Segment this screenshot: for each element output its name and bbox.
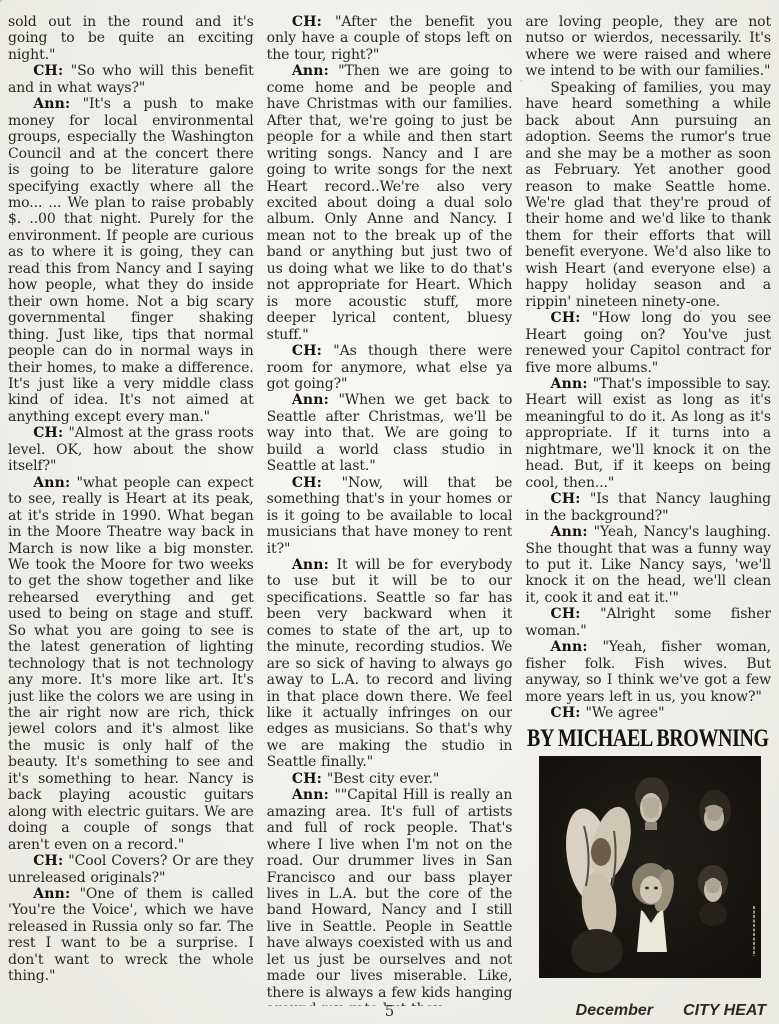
speaker-label: Ann: bbox=[33, 96, 70, 112]
band-photo bbox=[539, 756, 761, 978]
article-paragraph: CH: "Is that Nancy laughing in the backg… bbox=[525, 491, 771, 524]
page-number: 5 bbox=[385, 1002, 395, 1020]
speaker-label: CH: bbox=[551, 310, 581, 326]
paragraph-text: "That's impossible to say. Heart will ex… bbox=[525, 376, 771, 491]
paragraph-text: "what people can expect to see, really i… bbox=[8, 475, 254, 853]
speaker-label: CH: bbox=[551, 606, 581, 622]
article-paragraph: are loving people, they are not nutso or… bbox=[525, 14, 771, 80]
paragraph-text: Speaking of families, you may have heard… bbox=[525, 80, 771, 310]
footer: December CITY HEAT bbox=[576, 1002, 766, 1020]
footer-magazine-title: CITY HEAT bbox=[683, 1002, 766, 1020]
column-1: sold out in the round and it's going to … bbox=[8, 14, 254, 1006]
paragraph-text: It will be for everybody to use but it w… bbox=[267, 557, 513, 770]
article-paragraph: CH: "Almost at the grass roots level. OK… bbox=[8, 425, 254, 474]
speaker-label: Ann: bbox=[292, 63, 329, 79]
article-paragraph: Ann: ""Capital Hill is really an amazing… bbox=[267, 787, 513, 1006]
article-paragraph: CH: "Now, will that be something that's … bbox=[267, 475, 513, 557]
speaker-label: CH: bbox=[292, 475, 322, 491]
article-paragraph: Ann: "what people can expect to see, rea… bbox=[8, 475, 254, 853]
article-paragraph: CH: "How long do you see Heart going on?… bbox=[525, 310, 771, 376]
paragraph-text: sold out in the round and it's going to … bbox=[8, 14, 254, 63]
article-paragraph: sold out in the round and it's going to … bbox=[8, 14, 254, 63]
paragraph-text: "Then we are going to come home and be p… bbox=[267, 63, 513, 342]
speaker-label: CH: bbox=[551, 705, 581, 721]
paragraph-text: ""Capital Hill is really an amazing area… bbox=[267, 787, 513, 1006]
paragraph-text: "Best city ever." bbox=[322, 771, 439, 787]
author-byline: BY MICHAEL BROWNING bbox=[527, 731, 722, 747]
article-paragraph: Ann: "Yeah, Nancy's laughing. She though… bbox=[525, 524, 771, 606]
article-paragraph: Ann: "One of them is called 'You're the … bbox=[8, 886, 254, 985]
speaker-label: Ann: bbox=[33, 475, 70, 491]
article-paragraph: CH: "We agree" bbox=[525, 705, 771, 721]
speaker-label: CH: bbox=[33, 425, 63, 441]
speaker-label: CH: bbox=[292, 343, 322, 359]
column-3: are loving people, they are not nutso or… bbox=[525, 14, 771, 1006]
speaker-label: Ann: bbox=[551, 376, 588, 392]
article-paragraph: Ann: "Then we are going to come home and… bbox=[267, 63, 513, 343]
article-paragraph: Speaking of families, you may have heard… bbox=[525, 80, 771, 310]
footer-month: December bbox=[576, 1002, 653, 1020]
article-paragraph: Ann: It will be for everybody to use but… bbox=[267, 557, 513, 771]
speaker-label: Ann: bbox=[33, 886, 70, 902]
speaker-label: CH: bbox=[551, 491, 581, 507]
article-paragraph: Ann: "It's a push to make money for loca… bbox=[8, 96, 254, 425]
article-paragraph: CH: "So who will this benefit and in wha… bbox=[8, 63, 254, 96]
speaker-label: Ann: bbox=[292, 392, 329, 408]
article-paragraph: Ann: "Yeah, fisher woman, fisher folk. F… bbox=[525, 639, 771, 705]
column-3-paragraphs: are loving people, they are not nutso or… bbox=[525, 14, 771, 721]
paragraph-text: "We agree" bbox=[581, 705, 665, 721]
speaker-label: Ann: bbox=[292, 787, 329, 803]
speaker-label: CH: bbox=[33, 63, 63, 79]
column-2: CH: "After the benefit you only have a c… bbox=[267, 14, 513, 1006]
paragraph-text: are loving people, they are not nutso or… bbox=[525, 14, 771, 79]
speaker-label: Ann: bbox=[292, 557, 329, 573]
article-paragraph: CH: "Best city ever." bbox=[267, 771, 513, 787]
speaker-label: CH: bbox=[292, 14, 322, 30]
magazine-page-scan: sold out in the round and it's going to … bbox=[0, 0, 779, 1024]
speaker-label: Ann: bbox=[551, 524, 588, 540]
article-paragraph: Ann: "That's impossible to say. Heart wi… bbox=[525, 376, 771, 491]
speaker-label: CH: bbox=[33, 853, 63, 869]
article-paragraph: CH: "As though there were room for anymo… bbox=[267, 343, 513, 392]
speaker-label: CH: bbox=[292, 771, 322, 787]
article-paragraph: CH: "Cool Covers? Or are they unreleased… bbox=[8, 853, 254, 886]
article-paragraph: CH: "After the benefit you only have a c… bbox=[267, 14, 513, 63]
band-photo-illustration bbox=[539, 756, 761, 978]
article-columns: sold out in the round and it's going to … bbox=[8, 14, 771, 1008]
paragraph-text: "It's a push to make money for local env… bbox=[8, 96, 254, 425]
article-paragraph: CH: "Alright some fisher woman." bbox=[525, 606, 771, 639]
speaker-label: Ann: bbox=[551, 639, 588, 655]
article-paragraph: Ann: "When we get back to Seattle after … bbox=[267, 392, 513, 474]
